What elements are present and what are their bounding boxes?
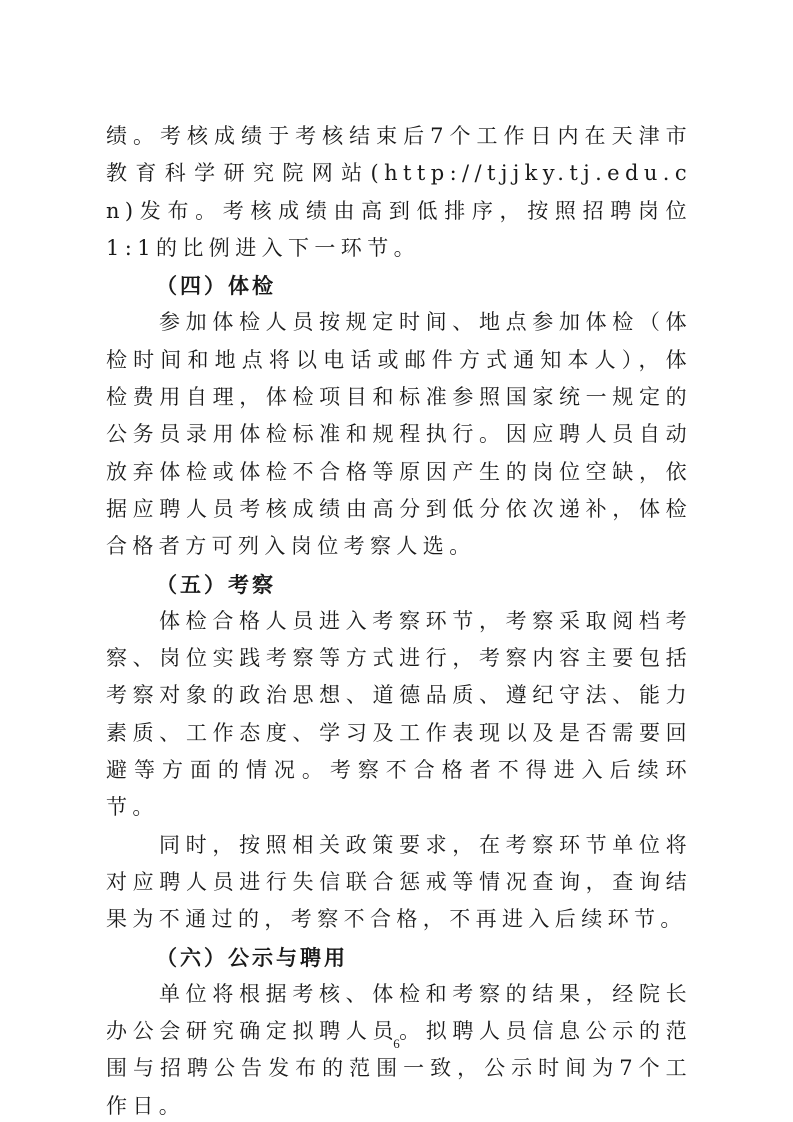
section-heading-inspection: （五）考察 <box>106 566 692 603</box>
page-number: 6 <box>0 1036 793 1052</box>
document-body: 绩。考核成绩于考核结束后7个工作日内在天津市教育科学研究院网站(http://t… <box>106 118 692 1122</box>
paragraph-physical-exam: 参加体检人员按规定时间、地点参加体检（体检时间和地点将以电话或邮件方式通知本人）… <box>106 304 692 565</box>
paragraph-inspection: 体检合格人员进入考察环节，考察采取阅档考察、岗位实践考察等方式进行，考察内容主要… <box>106 603 692 827</box>
paragraph-assessment-results: 绩。考核成绩于考核结束后7个工作日内在天津市教育科学研究院网站(http://t… <box>106 118 692 267</box>
paragraph-credit-check: 同时，按照相关政策要求，在考察环节单位将对应聘人员进行失信联合惩戒等情况查询，查… <box>106 827 692 939</box>
section-heading-publicity-employment: （六）公示与聘用 <box>106 939 692 976</box>
document-page: 绩。考核成绩于考核结束后7个工作日内在天津市教育科学研究院网站(http://t… <box>0 0 793 1122</box>
section-heading-physical-exam: （四）体检 <box>106 267 692 304</box>
